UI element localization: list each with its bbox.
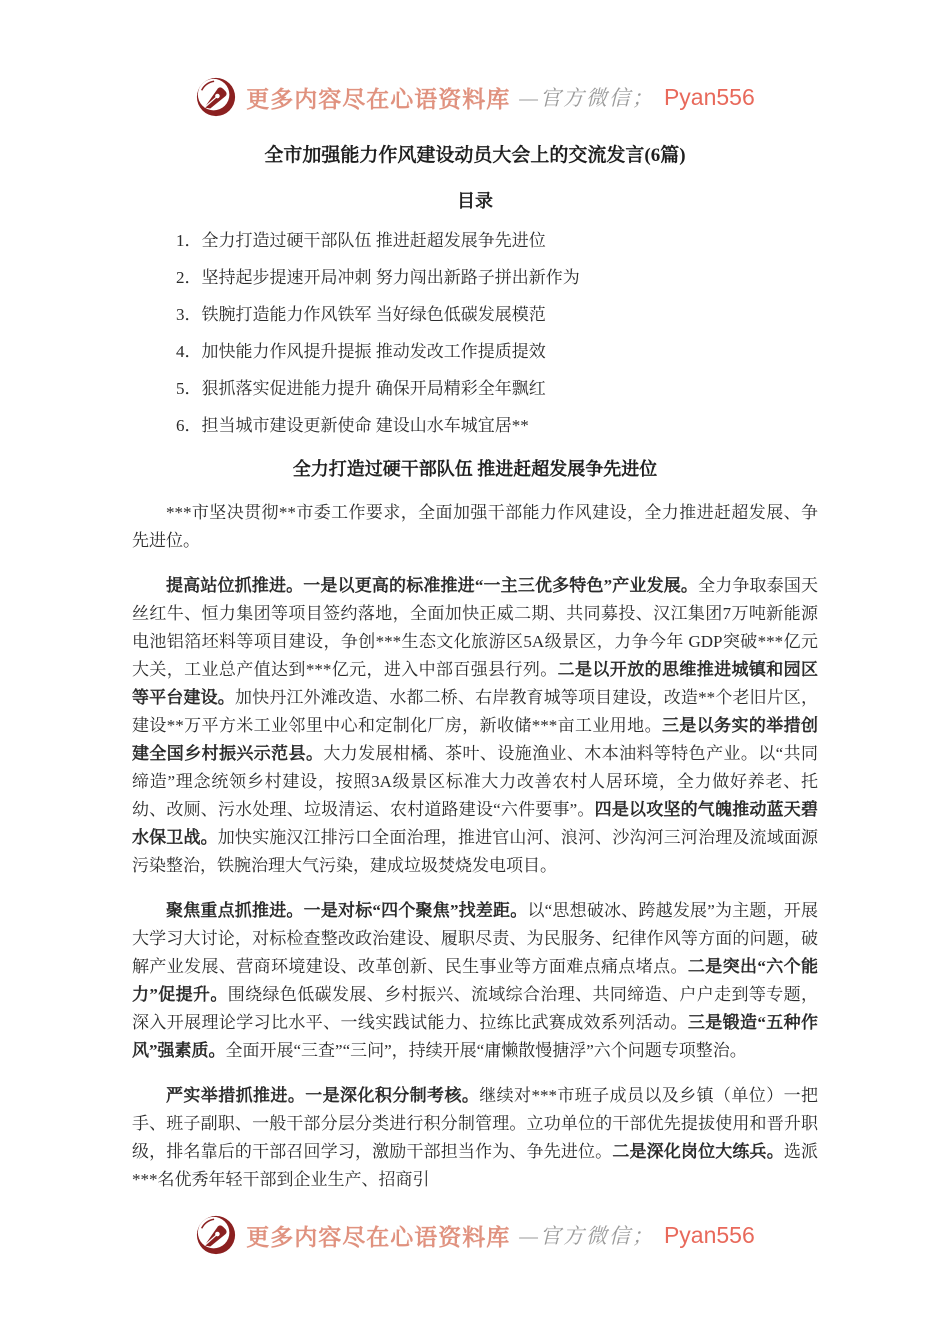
official-wechat-label: —官方微信； bbox=[519, 82, 655, 112]
wechat-account: Pyan556 bbox=[664, 84, 755, 111]
body-paragraph: 聚焦重点抓推进。一是对标“四个聚焦”找差距。以“思想破冰、跨越发展”为主题，开展… bbox=[132, 897, 818, 1065]
toc-item: 6．担当城市建设更新使命 建设山水车城宜居** bbox=[176, 407, 818, 444]
paragraph-text: ***市坚决贯彻**市委工作要求，全面加强干部能力作风建设，全力推进赶超发展、争… bbox=[132, 503, 818, 550]
body-paragraph: ***市坚决贯彻**市委工作要求，全面加强干部能力作风建设，全力推进赶超发展、争… bbox=[132, 499, 818, 555]
wechat-account: Pyan556 bbox=[664, 1222, 755, 1249]
paragraph-lead-bold: 二是深化岗位大练兵。 bbox=[612, 1142, 784, 1161]
body-paragraph: 严实举措抓推进。一是深化积分制考核。继续对***市班子成员以及乡镇（单位）一把手… bbox=[132, 1082, 818, 1194]
paragraph-lead-bold: 严实举措抓推进。一是深化积分制考核。 bbox=[166, 1086, 479, 1105]
toc-item: 4．加快能力作风提升提振 推动发改工作提质提效 bbox=[176, 333, 818, 370]
body-paragraph: 提高站位抓推进。一是以更高的标准推进“一主三优多特色”产业发展。全力争取泰国天丝… bbox=[132, 572, 818, 880]
document-title: 全市加强能力作风建设动员大会上的交流发言(6篇) bbox=[132, 142, 818, 169]
paragraph-text: 加快实施汉江排污口全面治理，推进官山河、浪河、沙沟河三河治理及流域面源污染整治，… bbox=[132, 828, 818, 875]
toc-item: 2．坚持起步提速开局冲刺 努力闯出新路子拼出新作为 bbox=[176, 259, 818, 296]
official-wechat-label: —官方微信； bbox=[519, 1220, 655, 1250]
document-page: 更多内容尽在心语资料库 —官方微信； Pyan556 全市加强能力作风建设动员大… bbox=[0, 0, 950, 1344]
toc-item: 5．狠抓落实促进能力提升 确保开局精彩全年飘红 bbox=[176, 370, 818, 407]
site-name: 更多内容尽在心语资料库 bbox=[246, 1219, 510, 1252]
site-header: 更多内容尽在心语资料库 —官方微信； Pyan556 bbox=[132, 0, 818, 118]
toc-item: 1．全力打造过硬干部队伍 推进赶超发展争先进位 bbox=[176, 222, 818, 259]
pen-logo-icon bbox=[195, 1214, 237, 1256]
toc-list: 1．全力打造过硬干部队伍 推进赶超发展争先进位2．坚持起步提速开局冲刺 努力闯出… bbox=[132, 222, 818, 444]
site-footer: 更多内容尽在心语资料库 —官方微信； Pyan556 bbox=[132, 1214, 818, 1256]
section-title: 全力打造过硬干部队伍 推进赶超发展争先进位 bbox=[132, 456, 818, 482]
paragraph-lead-bold: 提高站位抓推进。一是以更高的标准推进“一主三优多特色”产业发展。 bbox=[166, 576, 698, 595]
toc-item: 3．铁腕打造能力作风铁军 当好绿色低碳发展模范 bbox=[176, 296, 818, 333]
document-body: ***市坚决贯彻**市委工作要求，全面加强干部能力作风建设，全力推进赶超发展、争… bbox=[132, 499, 818, 1194]
toc-title: 目录 bbox=[132, 189, 818, 214]
paragraph-lead-bold: 聚焦重点抓推进。一是对标“四个聚焦”找差距。 bbox=[166, 901, 527, 920]
pen-logo-icon bbox=[195, 76, 237, 118]
paragraph-text: 全面开展“三查”“三问”，持续开展“庸懒散慢搪浮”六个问题专项整治。 bbox=[226, 1041, 747, 1060]
site-name: 更多内容尽在心语资料库 bbox=[246, 81, 510, 114]
